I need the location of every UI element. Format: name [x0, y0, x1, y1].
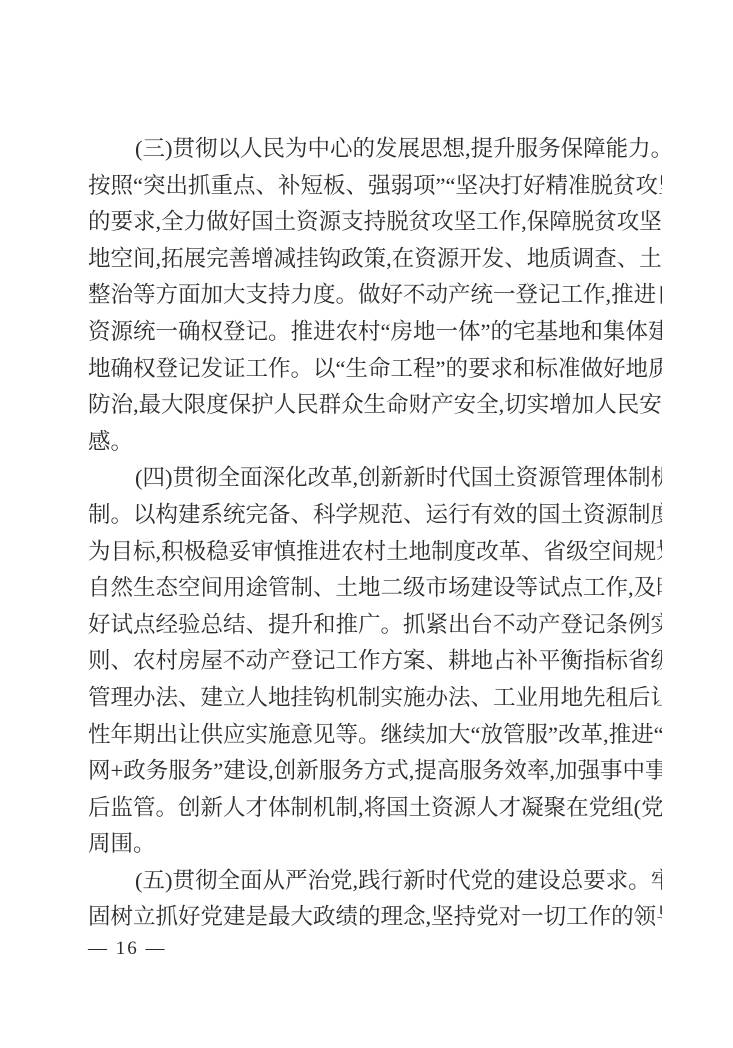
text-line: 整治等方面加大支持力度。做好不动产统一登记工作,推进自然: [88, 277, 662, 314]
text-line: 防治,最大限度保护人民群众生命财产安全,切实增加人民安全: [88, 387, 662, 424]
text-line: 的要求,全力做好国土资源支持脱贫攻坚工作,保障脱贫攻坚用: [88, 204, 662, 241]
section-3-paragraph: (三)贯彻以人民为中心的发展思想,提升服务保障能力。 按照“突出抓重点、补短板、…: [88, 131, 662, 460]
text-line: 地空间,拓展完善增减挂钩政策,在资源开发、地质调查、土地: [88, 241, 662, 278]
document-page: (三)贯彻以人民为中心的发展思想,提升服务保障能力。 按照“突出抓重点、补短板、…: [0, 0, 733, 1048]
section-5-paragraph: (五)贯彻全面从严治党,践行新时代党的建设总要求。牢 固树立抓好党建是最大政绩的…: [88, 863, 662, 936]
text-line: (四)贯彻全面深化改革,创新新时代国土资源管理体制机: [88, 460, 662, 497]
text-line: 后监管。创新人才体制机制,将国土资源人才凝聚在党组(党委): [88, 790, 662, 827]
text-line: 好试点经验总结、提升和推广。抓紧出台不动产登记条例实施细: [88, 607, 662, 644]
text-line: (五)贯彻全面从严治党,践行新时代党的建设总要求。牢: [88, 863, 662, 900]
text-line: 网+政务服务”建设,创新服务方式,提高服务效率,加强事中事: [88, 753, 662, 790]
text-line: 制。以构建系统完备、科学规范、运行有效的国土资源制度体系: [88, 497, 662, 534]
text-line: 管理办法、建立人地挂钩机制实施办法、工业用地先租后让和弹: [88, 680, 662, 717]
text-line: 性年期出让供应实施意见等。继续加大“放管服”改革,推进“互联: [88, 717, 662, 754]
text-line: 感。: [88, 424, 662, 461]
section-4-paragraph: (四)贯彻全面深化改革,创新新时代国土资源管理体制机 制。以构建系统完备、科学规…: [88, 460, 662, 863]
text-line: (三)贯彻以人民为中心的发展思想,提升服务保障能力。: [88, 131, 662, 168]
text-line: 周围。: [88, 826, 662, 863]
document-body: (三)贯彻以人民为中心的发展思想,提升服务保障能力。 按照“突出抓重点、补短板、…: [88, 131, 662, 936]
text-line: 自然生态空间用途管制、土地二级市场建设等试点工作,及时做: [88, 570, 662, 607]
text-line: 固树立抓好党建是最大政绩的理念,坚持党对一切工作的领导,: [88, 899, 662, 936]
page-number: — 16 —: [88, 938, 167, 960]
text-line: 按照“突出抓重点、补短板、强弱项”“坚决打好精准脱贫攻坚战”: [88, 168, 662, 205]
text-line: 为目标,积极稳妥审慎推进农村土地制度改革、省级空间规划、: [88, 534, 662, 571]
text-line: 资源统一确权登记。推进农村“房地一体”的宅基地和集体建设用: [88, 314, 662, 351]
text-line: 则、农村房屋不动产登记工作方案、耕地占补平衡指标省级统筹: [88, 643, 662, 680]
text-line: 地确权登记发证工作。以“生命工程”的要求和标准做好地质灾害: [88, 351, 662, 388]
